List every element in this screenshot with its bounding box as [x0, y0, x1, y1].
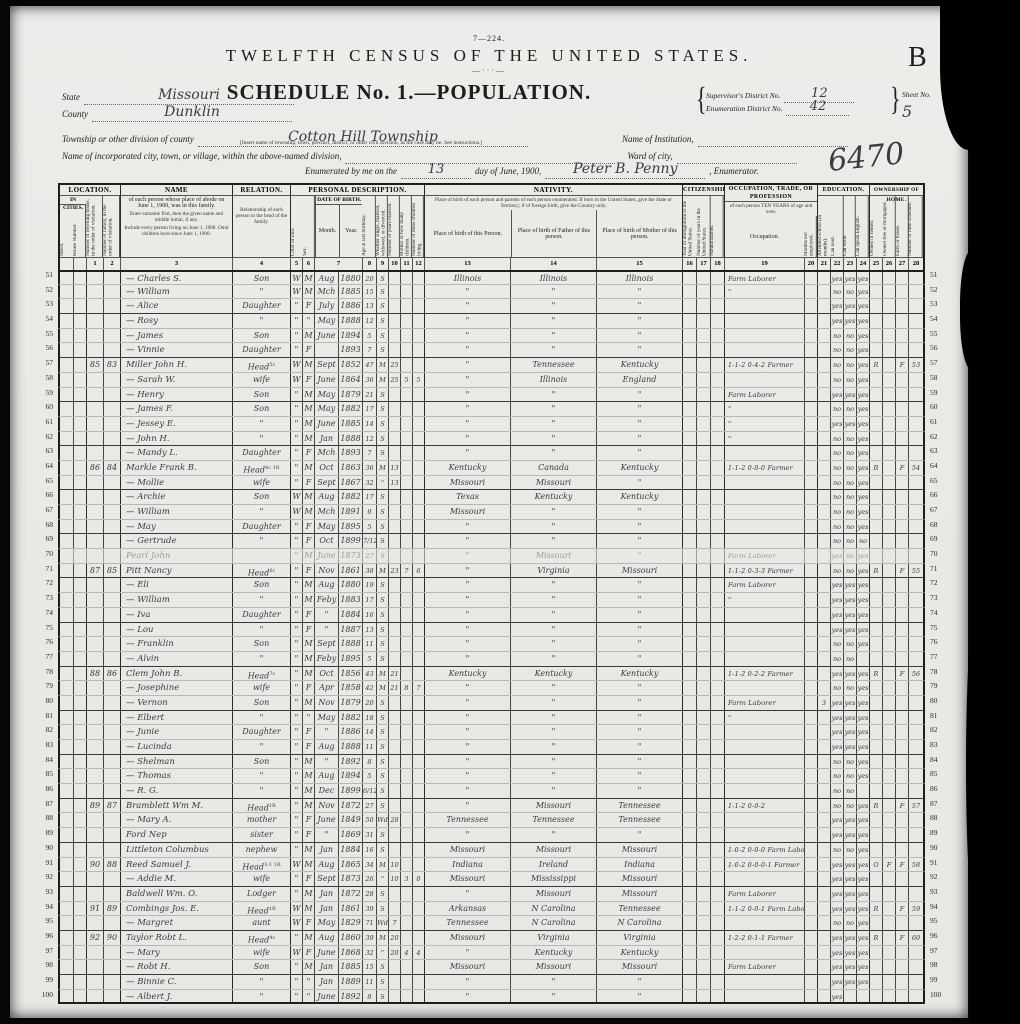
- cell-mc: [400, 549, 412, 563]
- cell-rl: wife: [232, 373, 290, 387]
- table-row: 97— MarywifeWFJune186832"2044"KentuckyKe…: [34, 946, 945, 961]
- table-row: 648684Markle Frank B.Head4c 1R"MOct18633…: [34, 461, 945, 476]
- col-can-read: Can read.: [831, 196, 844, 257]
- cell-ag: 7: [362, 446, 376, 460]
- cell-nm: Markle Frank B.: [120, 461, 232, 475]
- cell-oc: ": [724, 285, 804, 299]
- cell-o3: [895, 446, 908, 460]
- cell-cl: [412, 623, 424, 637]
- cell-e4: yes: [856, 667, 869, 681]
- cell-mo: Mch: [314, 446, 338, 460]
- cell-e1: [817, 887, 830, 901]
- line-number-right: 72: [925, 578, 945, 593]
- cell-pm: ": [596, 446, 682, 460]
- cell-mn: [804, 843, 817, 857]
- cell-mr: S: [376, 990, 388, 1003]
- cell-e2: no: [830, 784, 843, 798]
- cell-nt: [710, 784, 724, 798]
- cell-hn: [73, 799, 86, 813]
- cell-e1: [817, 652, 830, 666]
- cell-fm: [103, 388, 120, 402]
- cell-mc: 3: [400, 872, 412, 886]
- line-number-left: 99: [34, 975, 58, 990]
- cell-ag: 17: [362, 490, 376, 504]
- cell-st: [60, 740, 73, 754]
- cell-nt: [710, 564, 724, 578]
- cell-nt: [710, 813, 724, 827]
- group-ownership: OWNERSHIP OF HOME. Owned or rented. Owne…: [869, 185, 923, 257]
- cell-pb: ": [424, 608, 510, 622]
- cell-iy: [682, 343, 696, 357]
- column-numbers-row: 1234567891011121314151617181920212223242…: [60, 257, 923, 270]
- cell-o1: [869, 813, 882, 827]
- cell-ym: [388, 960, 400, 974]
- cell-o1: [869, 373, 882, 387]
- cell-o4: [908, 520, 923, 534]
- cell-e3: yes: [843, 975, 856, 989]
- cell-ag: 17: [362, 593, 376, 607]
- cell-iy: [682, 740, 696, 754]
- cell-ag: 38: [362, 564, 376, 578]
- cell-oc: [724, 769, 804, 783]
- cell-o1: [869, 990, 882, 1003]
- cell-yr: 1884: [338, 843, 362, 857]
- cell-c: ": [290, 476, 302, 490]
- cell-nm: — Iva: [120, 608, 232, 622]
- cell-yu: [696, 314, 710, 328]
- line-number-left: 68: [34, 520, 58, 535]
- cell-s: F: [302, 681, 314, 695]
- cell-dw: [86, 755, 103, 769]
- cell-pf: ": [510, 285, 596, 299]
- cell-ag: 26: [362, 872, 376, 886]
- cell-o4: 60: [908, 931, 923, 945]
- cell-pf: Canada: [510, 461, 596, 475]
- cell-dw: [86, 446, 103, 460]
- cell-e4: yes: [856, 314, 869, 328]
- line-number-left: 98: [34, 960, 58, 975]
- cell-ym: [388, 314, 400, 328]
- cell-pm: England: [596, 373, 682, 387]
- table-row: 83— Lucinda""FAug188811S"""yesyesyes83: [34, 740, 945, 755]
- cell-oc: 1-1-2 0-2-2 Farmer: [724, 667, 804, 681]
- cell-pb: ": [424, 373, 510, 387]
- cell-e1: [817, 916, 830, 930]
- cell-dw: [86, 388, 103, 402]
- cell-e2: no: [830, 343, 843, 357]
- cell-fm: 90: [103, 931, 120, 945]
- page-title: TWELFTH CENSUS OF THE UNITED STATES.: [10, 46, 968, 66]
- cell-nt: [710, 358, 724, 372]
- cell-e3: no: [843, 534, 856, 548]
- cell-o3: [895, 887, 908, 901]
- cell-ag: 20: [362, 272, 376, 284]
- cell-o4: [908, 740, 923, 754]
- cell-rl: Head3-1 1R: [232, 858, 290, 872]
- table-row: 578583Miller John H.Head5cWMSept185247M2…: [34, 358, 945, 373]
- line-number-right: 84: [925, 755, 945, 770]
- cell-pf: ": [510, 593, 596, 607]
- cell-e3: yes: [843, 858, 856, 872]
- cell-pb: ": [424, 299, 510, 313]
- cell-oc: [724, 725, 804, 739]
- cell-nm: — Archie: [120, 490, 232, 504]
- cell-oc: 1-1-2 0-4-2 Farmer: [724, 358, 804, 372]
- cell-e3: yes: [843, 931, 856, 945]
- cell-mn: [804, 432, 817, 446]
- cell-o1: R: [869, 564, 882, 578]
- cell-fm: [103, 593, 120, 607]
- line-number-left: 97: [34, 946, 58, 961]
- cell-e1: [817, 593, 830, 607]
- cell-o2: [882, 388, 895, 402]
- cell-cl: [412, 314, 424, 328]
- cell-c: W: [290, 358, 302, 372]
- cell-yu: [696, 975, 710, 989]
- cell-nm: Baldwell Wm. O.: [120, 887, 232, 901]
- cell-cl: [412, 828, 424, 842]
- line-number-left: 61: [34, 417, 58, 432]
- cell-pf: Kentucky: [510, 946, 596, 960]
- cell-pm: ": [596, 343, 682, 357]
- cell-iy: [682, 960, 696, 974]
- cell-oc: [724, 520, 804, 534]
- cell-cl: [412, 285, 424, 299]
- cell-o2: [882, 564, 895, 578]
- cell-st: [60, 446, 73, 460]
- cell-s: M: [302, 769, 314, 783]
- cell-o4: [908, 549, 923, 563]
- cell-oc: [724, 446, 804, 460]
- cell-pb: Tennessee: [424, 916, 510, 930]
- cell-pm: ": [596, 593, 682, 607]
- cell-fm: [103, 990, 120, 1003]
- cell-nt: [710, 637, 724, 651]
- cell-e3: yes: [843, 725, 856, 739]
- cell-mr: S: [376, 578, 388, 592]
- cell-hn: [73, 446, 86, 460]
- cell-o1: [869, 329, 882, 343]
- cell-mc: [400, 843, 412, 857]
- cell-o3: [895, 314, 908, 328]
- cell-mc: [400, 902, 412, 916]
- cell-e2: yes: [830, 946, 843, 960]
- cell-ym: [388, 887, 400, 901]
- cell-pf: ": [510, 725, 596, 739]
- cell-ag: 12: [362, 432, 376, 446]
- cell-ag: 32: [362, 476, 376, 490]
- cell-iy: [682, 373, 696, 387]
- table-row: 74— IvaDaughter"F"188416S"""yesyesyes74: [34, 608, 945, 623]
- cell-iy: [682, 314, 696, 328]
- cell-e3: yes: [843, 272, 856, 284]
- cell-rl: Daughter: [232, 725, 290, 739]
- cell-e3: no: [843, 285, 856, 299]
- cell-o2: [882, 343, 895, 357]
- cell-yu: [696, 549, 710, 563]
- cell-cl: [412, 432, 424, 446]
- cell-yr: 1867: [338, 476, 362, 490]
- column-number: 4: [232, 258, 290, 270]
- table-row: 52— William"WMMch188515S""""nonoyes52: [34, 285, 945, 300]
- cell-pf: ": [510, 784, 596, 798]
- cell-o1: [869, 505, 882, 519]
- cell-mr: M: [376, 681, 388, 695]
- line-number-right: 68: [925, 520, 945, 535]
- cell-iy: [682, 902, 696, 916]
- cell-yu: [696, 329, 710, 343]
- cell-mr: M: [376, 461, 388, 475]
- line-number-left: 58: [34, 373, 58, 388]
- cell-pf: ": [510, 388, 596, 402]
- cell-mr: M: [376, 931, 388, 945]
- cell-yu: [696, 505, 710, 519]
- cell-o1: [869, 960, 882, 974]
- cell-s: M: [302, 667, 314, 681]
- cell-st: [60, 520, 73, 534]
- cell-mn: [804, 446, 817, 460]
- cell-oc: Farm Laborer: [724, 960, 804, 974]
- cell-cl: [412, 343, 424, 357]
- cell-e3: yes: [843, 608, 856, 622]
- col-house-number: House Number.: [73, 205, 86, 257]
- cell-mr: S: [376, 446, 388, 460]
- cell-yu: [696, 623, 710, 637]
- cell-nt: [710, 476, 724, 490]
- table-row: 61— Jessey E.""MJune188514S""""yesyesyes…: [34, 417, 945, 432]
- cell-mc: [400, 272, 412, 284]
- cell-o2: [882, 931, 895, 945]
- title-ornament: —···—: [10, 66, 968, 75]
- cell-mc: [400, 476, 412, 490]
- cell-hn: [73, 549, 86, 563]
- cell-ym: [388, 990, 400, 1003]
- cell-st: [60, 769, 73, 783]
- cell-oc: [724, 681, 804, 695]
- cell-e1: [817, 490, 830, 504]
- cell-pb: Missouri: [424, 872, 510, 886]
- line-number-left: 54: [34, 314, 58, 329]
- cell-e4: yes: [856, 373, 869, 387]
- cell-ym: [388, 388, 400, 402]
- line-number-right: 88: [925, 813, 945, 828]
- cell-nt: [710, 461, 724, 475]
- cell-mc: [400, 505, 412, 519]
- cell-yr: 1882: [338, 711, 362, 725]
- cell-o2: [882, 285, 895, 299]
- cell-mc: [400, 755, 412, 769]
- cell-nm: — Alice: [120, 299, 232, 313]
- cell-e4: yes: [856, 343, 869, 357]
- cell-oc: [724, 476, 804, 490]
- cell-mo: Aug: [314, 769, 338, 783]
- table-row: 69— Gertrude""FOct18997/12S"""nonono69: [34, 534, 945, 549]
- cell-yr: 1894: [338, 769, 362, 783]
- cell-yu: [696, 608, 710, 622]
- cell-hn: [73, 784, 86, 798]
- cell-yu: [696, 711, 710, 725]
- cell-mo: Aug: [314, 578, 338, 592]
- cell-dw: [86, 476, 103, 490]
- cell-nm: — James F.: [120, 402, 232, 416]
- cell-mr: S: [376, 725, 388, 739]
- cell-ym: [388, 769, 400, 783]
- line-number-right: 89: [925, 828, 945, 843]
- cell-o1: [869, 520, 882, 534]
- cell-pf: ": [510, 343, 596, 357]
- cell-o3: [895, 652, 908, 666]
- cell-o4: [908, 476, 923, 490]
- cell-pm: Tennessee: [596, 799, 682, 813]
- cell-mc: [400, 402, 412, 416]
- cell-rl: ": [232, 432, 290, 446]
- cell-pb: Missouri: [424, 476, 510, 490]
- cell-o3: [895, 990, 908, 1003]
- cell-iy: [682, 285, 696, 299]
- cell-mn: [804, 872, 817, 886]
- cell-nm: — Mandy L.: [120, 446, 232, 460]
- cell-e3: no: [843, 343, 856, 357]
- cell-hn: [73, 520, 86, 534]
- cell-o3: [895, 432, 908, 446]
- cell-ym: [388, 446, 400, 460]
- cell-o4: [908, 314, 923, 328]
- cell-pm: ": [596, 740, 682, 754]
- cell-cl: [412, 490, 424, 504]
- cell-st: [60, 505, 73, 519]
- cell-nt: [710, 272, 724, 284]
- cell-iy: [682, 299, 696, 313]
- cell-c: ": [290, 564, 302, 578]
- cell-o2: [882, 755, 895, 769]
- cell-mc: [400, 652, 412, 666]
- cell-mc: [400, 388, 412, 402]
- cell-mc: [400, 799, 412, 813]
- cell-ag: 19: [362, 578, 376, 592]
- cell-iy: [682, 799, 696, 813]
- cell-o3: [895, 637, 908, 651]
- cell-o4: [908, 608, 923, 622]
- cell-o4: [908, 769, 923, 783]
- cell-ym: [388, 828, 400, 842]
- cell-st: [60, 373, 73, 387]
- col-color: Color or race.: [291, 196, 303, 257]
- cell-yr: 1888: [338, 740, 362, 754]
- cell-mo: Feby: [314, 593, 338, 607]
- census-page-scan: 7—224. TWELFTH CENSUS OF THE UNITED STAT…: [10, 6, 968, 1018]
- cell-c: ": [290, 740, 302, 754]
- cell-o4: [908, 755, 923, 769]
- cell-ag: 8: [362, 755, 376, 769]
- line-number-left: 56: [34, 343, 58, 358]
- cell-ag: 5: [362, 652, 376, 666]
- cell-oc: [724, 828, 804, 842]
- cell-mn: [804, 931, 817, 945]
- cell-fm: [103, 887, 120, 901]
- cell-mc: [400, 667, 412, 681]
- cell-mo: ": [314, 608, 338, 622]
- cell-nm: — Gertrude: [120, 534, 232, 548]
- cell-e4: yes: [856, 388, 869, 402]
- cell-cl: [412, 931, 424, 945]
- cell-e2: yes: [830, 858, 843, 872]
- cell-nt: [710, 946, 724, 960]
- cell-nm: — Lou: [120, 623, 232, 637]
- cell-pb: ": [424, 799, 510, 813]
- cell-hn: [73, 534, 86, 548]
- cell-fm: [103, 916, 120, 930]
- col-mother-of: Mother of how many children.: [400, 196, 412, 257]
- cell-s: F: [302, 343, 314, 357]
- cell-o1: [869, 887, 882, 901]
- cell-nm: — Lucinda: [120, 740, 232, 754]
- cell-pb: ": [424, 329, 510, 343]
- cell-mo: May: [314, 916, 338, 930]
- cell-o2: [882, 461, 895, 475]
- enumerator-suffix: , Enumerator.: [709, 166, 758, 176]
- cell-ag: 36: [362, 373, 376, 387]
- cell-ym: [388, 843, 400, 857]
- cell-ag: 36: [362, 461, 376, 475]
- column-number: [60, 258, 73, 270]
- cell-st: [60, 931, 73, 945]
- line-number-left: 51: [34, 270, 58, 285]
- cell-st: [60, 872, 73, 886]
- cell-iy: [682, 520, 696, 534]
- cell-ym: 25: [388, 358, 400, 372]
- tally-code: 1-0-2 0-0-0: [728, 847, 768, 854]
- cell-hn: [73, 681, 86, 695]
- cell-mr: S: [376, 975, 388, 989]
- cell-yu: [696, 402, 710, 416]
- cell-mn: [804, 343, 817, 357]
- enumerator-annotation: 4c 1R: [265, 465, 280, 471]
- line-number-right: 67: [925, 505, 945, 520]
- cell-mn: [804, 637, 817, 651]
- cell-e2: yes: [830, 623, 843, 637]
- column-number: 27: [895, 258, 908, 270]
- col-family: Number of family, in the order of visita…: [103, 196, 120, 257]
- cell-rl: ": [232, 623, 290, 637]
- cell-yr: 1887: [338, 623, 362, 637]
- group-occupation: OCCUPATION, TRADE, OR PROFESSION of each…: [724, 185, 817, 257]
- cell-mr: M: [376, 564, 388, 578]
- cell-o1: [869, 549, 882, 563]
- cell-yr: 1885: [338, 960, 362, 974]
- cell-o2: [882, 769, 895, 783]
- cell-st: [60, 608, 73, 622]
- cell-mr: M: [376, 667, 388, 681]
- cell-o4: [908, 887, 923, 901]
- line-number-right: 90: [925, 843, 945, 858]
- table-body: 51— Charles S.SonWMAug188020SIllinoisIll…: [34, 270, 945, 1004]
- cell-cl: [412, 534, 424, 548]
- cell-rl: ": [232, 975, 290, 989]
- cell-mo: Mch: [314, 285, 338, 299]
- cell-iy: [682, 696, 696, 710]
- cell-fm: [103, 314, 120, 328]
- cell-fm: [103, 725, 120, 739]
- cell-e1: [817, 990, 830, 1003]
- cell-rl: Head5c: [232, 358, 290, 372]
- cell-rl: [232, 549, 290, 563]
- cell-o1: [869, 769, 882, 783]
- cell-e3: no: [843, 373, 856, 387]
- cell-e2: yes: [830, 887, 843, 901]
- cell-e1: [817, 711, 830, 725]
- cell-e4: yes: [856, 975, 869, 989]
- cell-o4: [908, 916, 923, 930]
